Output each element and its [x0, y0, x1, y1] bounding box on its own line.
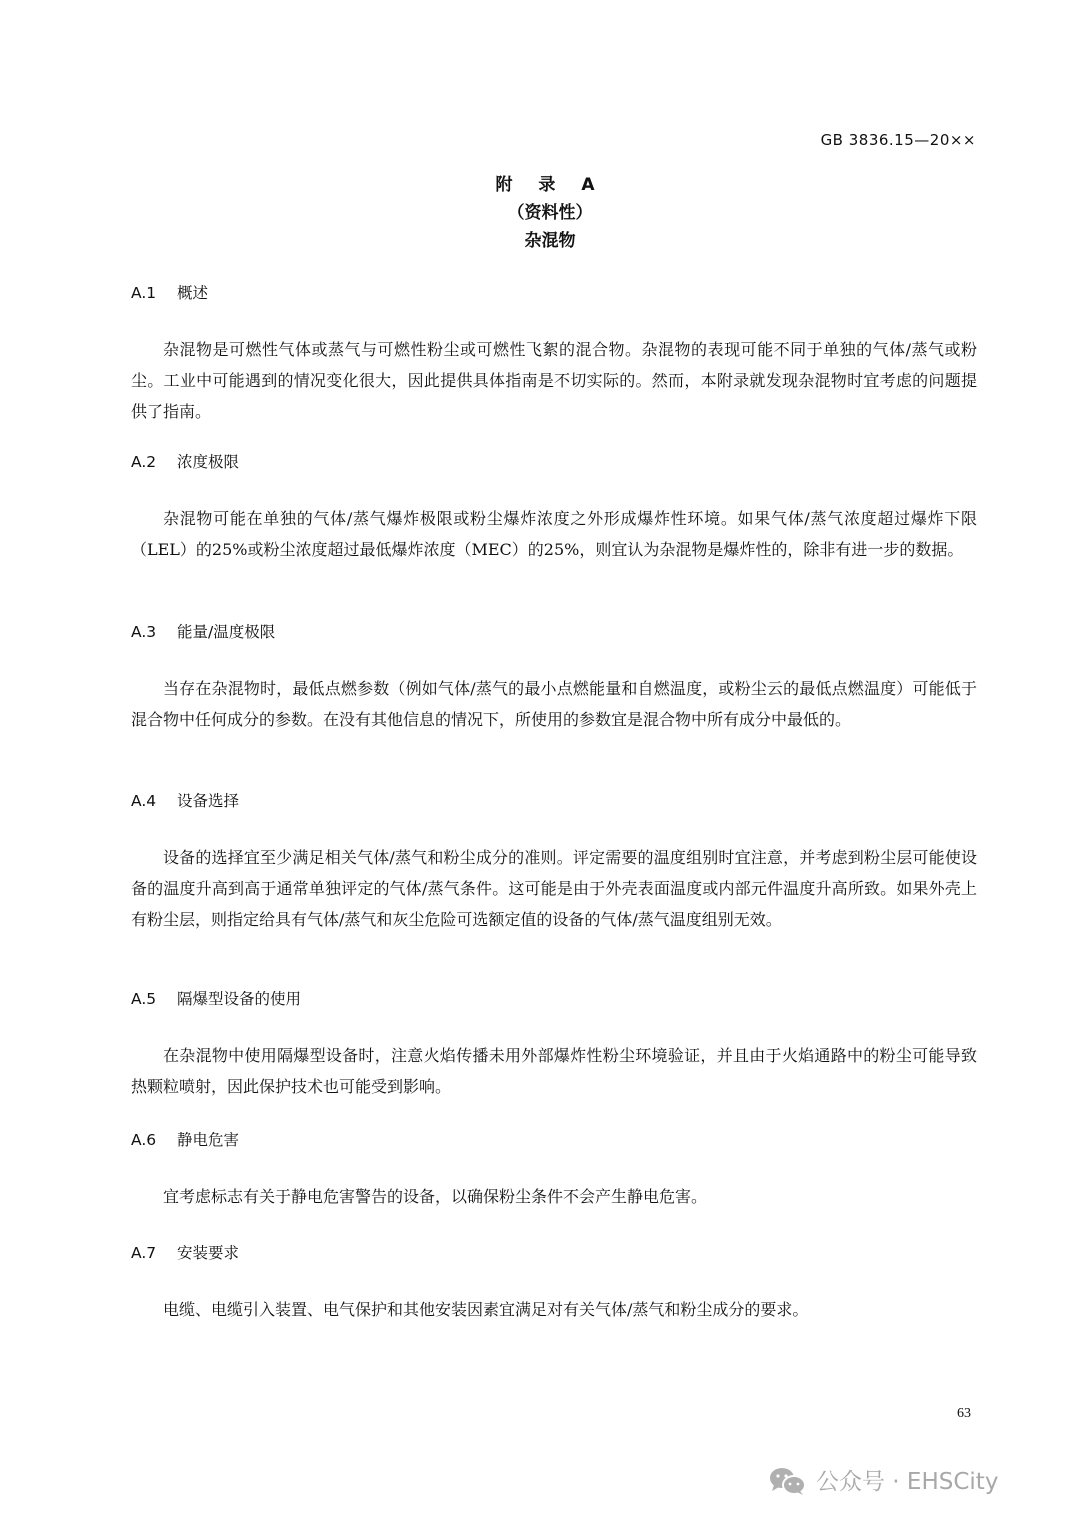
section-paragraph: 杂混物可能在单独的气体/蒸气爆炸极限或粉尘爆炸浓度之外形成爆炸性环境。如果气体/… [131, 503, 977, 565]
section-a5: A.5隔爆型设备的使用 在杂混物中使用隔爆型设备时，注意火焰传播未用外部爆炸性粉… [131, 988, 977, 1102]
page-number: 63 [957, 1406, 971, 1422]
section-title: 概述 [177, 282, 208, 304]
section-heading: A.6静电危害 [131, 1129, 977, 1151]
section-a7: A.7安装要求 电缆、电缆引入装置、电气保护和其他安装因素宜满足对有关气体/蒸气… [131, 1242, 977, 1325]
section-heading: A.3能量/温度极限 [131, 621, 977, 643]
section-number: A.1 [131, 282, 177, 304]
wechat-icon [768, 1466, 808, 1494]
section-number: A.2 [131, 451, 177, 473]
section-a6: A.6静电危害 宜考虑标志有关于静电危害警告的设备，以确保粉尘条件不会产生静电危… [131, 1129, 977, 1212]
section-paragraph: 在杂混物中使用隔爆型设备时，注意火焰传播未用外部爆炸性粉尘环境验证，并且由于火焰… [131, 1040, 977, 1102]
section-paragraph: 杂混物是可燃性气体或蒸气与可燃性粉尘或可燃性飞絮的混合物。杂混物的表现可能不同于… [131, 334, 977, 427]
appendix-type: （资料性） [0, 198, 1080, 223]
section-a3: A.3能量/温度极限 当存在杂混物时，最低点燃参数（例如气体/蒸气的最小点燃能量… [131, 621, 977, 735]
section-number: A.4 [131, 790, 177, 812]
section-heading: A.4设备选择 [131, 790, 977, 812]
section-title: 静电危害 [177, 1129, 239, 1151]
section-heading: A.1概述 [131, 282, 977, 304]
standard-number: GB 3836.15—20×× [821, 131, 976, 149]
section-title: 安装要求 [177, 1242, 239, 1264]
section-number: A.3 [131, 621, 177, 643]
section-paragraph: 电缆、电缆引入装置、电气保护和其他安装因素宜满足对有关气体/蒸气和粉尘成分的要求… [131, 1294, 977, 1325]
section-heading: A.2浓度极限 [131, 451, 977, 473]
section-title: 设备选择 [177, 790, 239, 812]
section-number: A.7 [131, 1242, 177, 1264]
section-paragraph: 宜考虑标志有关于静电危害警告的设备，以确保粉尘条件不会产生静电危害。 [131, 1181, 977, 1212]
section-heading: A.5隔爆型设备的使用 [131, 988, 977, 1010]
appendix-title: 附 录 A [0, 170, 1080, 195]
section-paragraph: 设备的选择宜至少满足相关气体/蒸气和粉尘成分的准则。评定需要的温度组别时宜注意，… [131, 842, 977, 935]
section-heading: A.7安装要求 [131, 1242, 977, 1264]
section-title: 浓度极限 [177, 451, 239, 473]
section-number: A.6 [131, 1129, 177, 1151]
section-a2: A.2浓度极限 杂混物可能在单独的气体/蒸气爆炸极限或粉尘爆炸浓度之外形成爆炸性… [131, 451, 977, 565]
appendix-name: 杂混物 [0, 226, 1080, 251]
section-paragraph: 当存在杂混物时，最低点燃参数（例如气体/蒸气的最小点燃能量和自燃温度，或粉尘云的… [131, 673, 977, 735]
section-a4: A.4设备选择 设备的选择宜至少满足相关气体/蒸气和粉尘成分的准则。评定需要的温… [131, 790, 977, 935]
section-title: 隔爆型设备的使用 [177, 988, 301, 1010]
section-number: A.5 [131, 988, 177, 1010]
watermark: 公众号 · EHSCity [768, 1463, 998, 1496]
section-a1: A.1概述 杂混物是可燃性气体或蒸气与可燃性粉尘或可燃性飞絮的混合物。杂混物的表… [131, 282, 977, 427]
section-title: 能量/温度极限 [177, 621, 275, 643]
watermark-text: 公众号 · EHSCity [816, 1463, 998, 1496]
